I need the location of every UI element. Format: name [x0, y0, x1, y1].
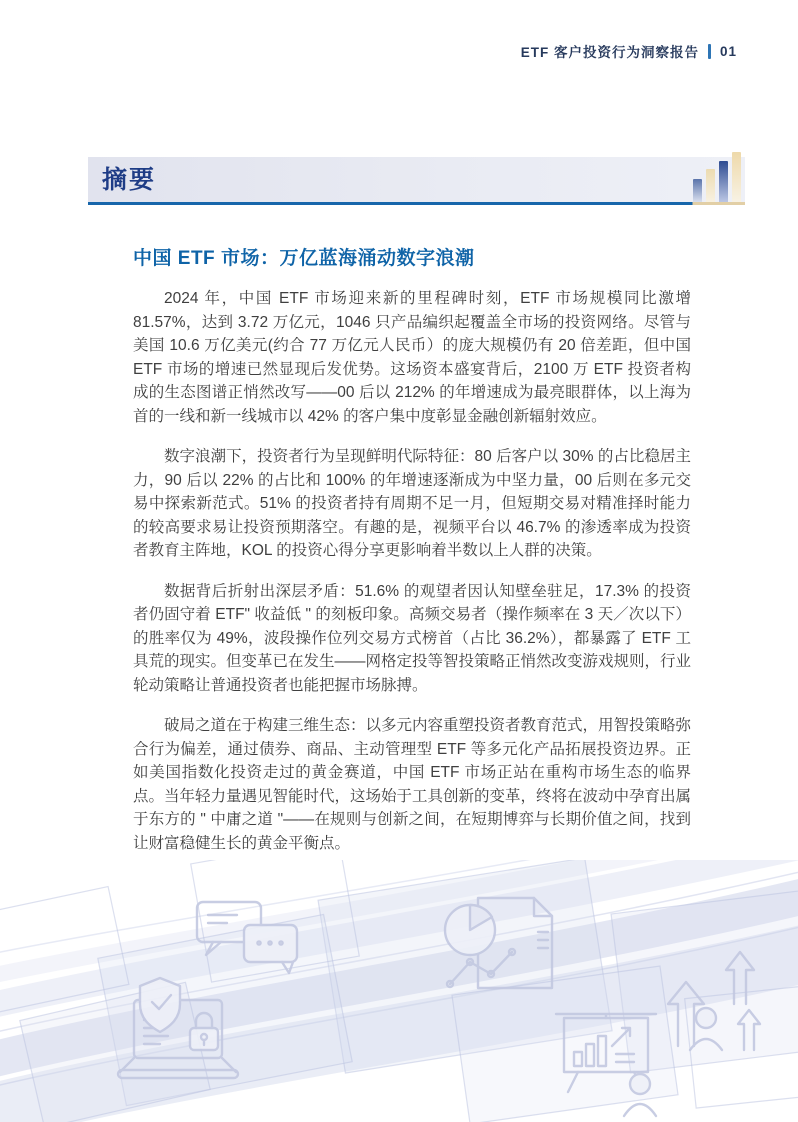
paragraph: 破局之道在于构建三维生态：以多元内容重塑投资者教育范式，用智投策略弥合行为偏差，… — [133, 714, 691, 855]
article-body: 2024 年，中国 ETF 市场迎来新的里程碑时刻，ETF 市场规模同比激增 8… — [133, 287, 691, 872]
report-page: { "header": { "title": "ETF 客户投资行为洞察报告",… — [0, 0, 798, 1122]
paragraph: 数据背后折射出深层矛盾：51.6% 的观望者因认知壁垒驻足，17.3% 的投资者… — [133, 580, 691, 698]
pie-chart-report-icon — [445, 898, 552, 988]
bar-chart-icon-bar — [732, 152, 741, 202]
paragraph: 数字浪潮下，投资者行为呈现鲜明代际特征：80 后客户以 30% 的占比稳居主力，… — [133, 445, 691, 563]
summary-section-banner: 摘要 — [88, 157, 745, 202]
presentation-chart-person-icon — [556, 1014, 656, 1116]
bar-chart-icon-bar — [693, 179, 702, 202]
page-number: 01 — [720, 44, 737, 59]
paragraph: 2024 年，中国 ETF 市场迎来新的里程碑时刻，ETF 市场规模同比激增 8… — [133, 287, 691, 428]
bar-chart-icon — [693, 152, 741, 202]
report-title: ETF 客户投资行为洞察报告 — [521, 41, 699, 61]
growth-arrows-person-icon — [668, 952, 760, 1050]
bar-chart-icon-bar — [706, 169, 715, 202]
bar-chart-icon-bar — [719, 161, 728, 202]
page-header: ETF 客户投资行为洞察报告 01 — [521, 41, 737, 61]
banner-underline — [88, 202, 745, 205]
footer-decorative-artwork — [0, 860, 798, 1122]
chat-bubbles-icon — [197, 902, 297, 973]
section-title: 摘要 — [102, 157, 156, 202]
article-title: 中国 ETF 市场：万亿蓝海涌动数字浪潮 — [133, 243, 474, 270]
secure-laptop-lock-icon — [118, 978, 238, 1078]
header-separator-bar — [708, 44, 711, 59]
